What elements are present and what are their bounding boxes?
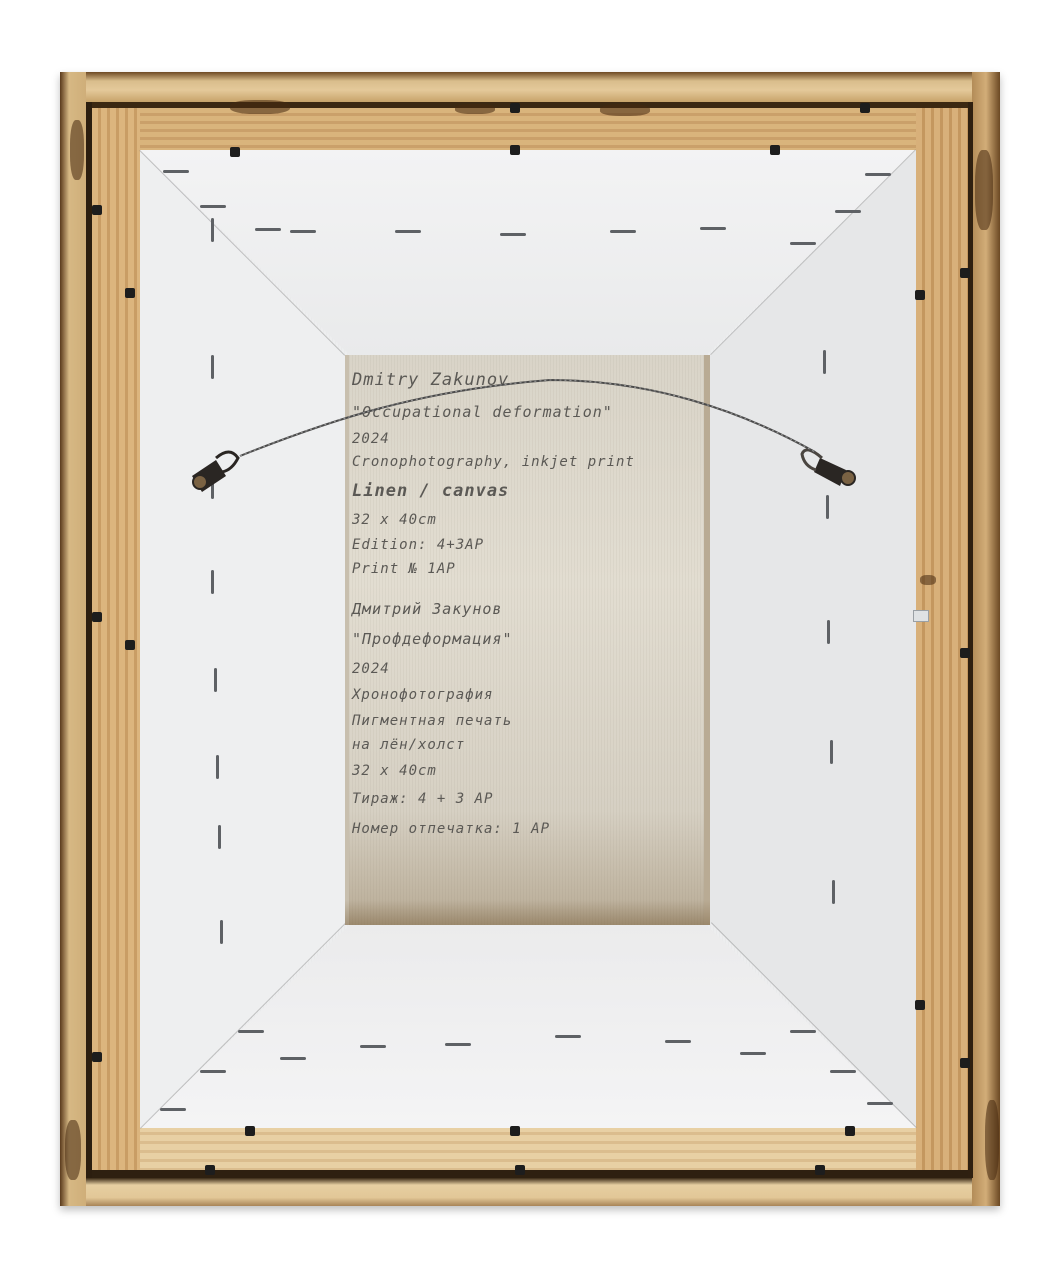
hanging-wire [0,0,1060,1280]
